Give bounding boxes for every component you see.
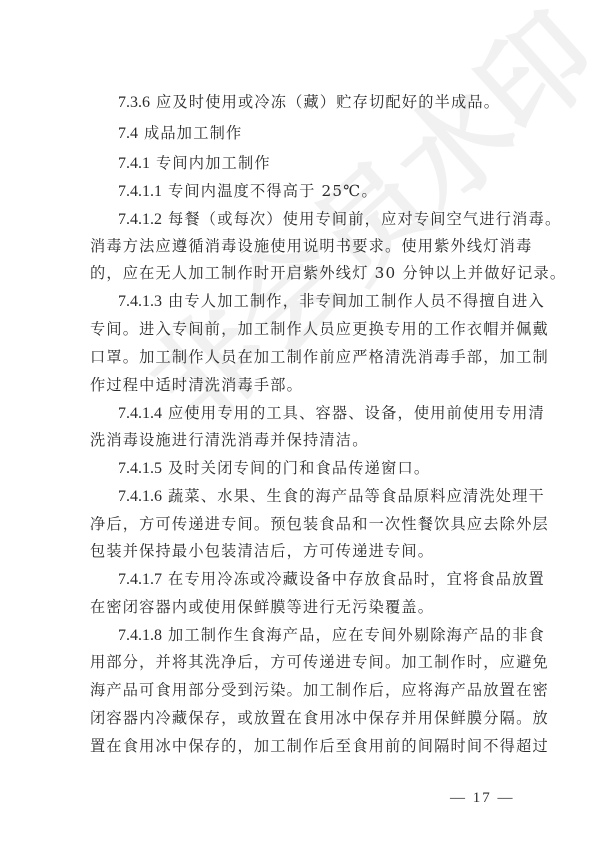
paragraph-line: 在密闭容器内或使用保鲜膜等进行无污染覆盖。 [90, 597, 520, 617]
line-text: 的，应在无人加工制作时开启紫外线灯 30 分钟以上并做好记录。 [90, 264, 566, 282]
line-text: 包装并保持最小包装清洁后，方可传递进专间。 [90, 542, 434, 560]
line-text: 消毒方法应遵循消毒设施使用说明书要求。使用紫外线灯消毒 [90, 237, 532, 255]
paragraph-line: 7.4.1.3 由专人加工制作，非专间加工制作人员不得擅自进入 [118, 291, 520, 312]
line-text: 由专人加工制作，非专间加工制作人员不得擅自进入 [168, 292, 545, 310]
clause-number: 7.4.1.3 [118, 293, 162, 310]
paragraph-line: 的，应在无人加工制作时开启紫外线灯 30 分钟以上并做好记录。 [90, 263, 520, 283]
line-text: 洗消毒设施进行清洗消毒并保持清洁。 [90, 431, 369, 449]
paragraph-line: 作过程中适时清洗消毒手部。 [90, 375, 520, 395]
line-text: 及时关闭专间的门和食品传递窗口。 [168, 459, 430, 477]
paragraph-line: 7.4.1.4 应使用专用的工具、容器、设备，使用前使用专用清 [118, 403, 520, 424]
paragraph-line: 7.4.1.7 在专用冷冻或冷藏设备中存放食品时，宜将食品放置 [118, 569, 520, 590]
paragraph-line: 口罩。加工制作人员在加工制作前应严格清洗消毒手部，加工制 [90, 347, 520, 367]
clause-number: 7.4.1.4 [118, 405, 162, 422]
line-text: 专间。进入专间前，加工制作人员应更换专用的工作衣帽并佩戴 [90, 320, 549, 338]
line-text: 蔬菜、水果、生食的海产品等食品原料应清洗处理干 [168, 487, 545, 505]
paragraph-line: 7.4.1.2 每餐（或每次）使用专间前，应对专间空气进行消毒。 [118, 209, 520, 230]
paragraph-line: 7.4.1.1 专间内温度不得高于 25℃。 [118, 181, 520, 202]
paragraph-line: 7.4.1.5 及时关闭专间的门和食品传递窗口。 [118, 458, 520, 479]
paragraph-line: 7.4.1.8 加工制作生食海产品，应在专间外剔除海产品的非食 [118, 625, 520, 646]
line-text: 闭容器内冷藏保存，或放置在食用冰中保存并用保鲜膜分隔。放 [90, 709, 549, 727]
line-text: 用部分，并将其洗净后，方可传递进专间。加工制作时，应避免 [90, 653, 549, 671]
line-text: 专间内温度不得高于 25℃。 [168, 182, 378, 200]
page-number: — 17 — [450, 790, 515, 807]
line-text: 口罩。加工制作人员在加工制作前应严格清洗消毒手部，加工制 [90, 348, 549, 366]
clause-number: 7.4 [118, 125, 138, 142]
paragraph-line: 7.4.1.6 蔬菜、水果、生食的海产品等食品原料应清洗处理干 [118, 486, 520, 507]
line-text: 专间内加工制作 [156, 154, 271, 172]
line-text: 在专用冷冻或冷藏设备中存放食品时，宜将食品放置 [168, 570, 545, 588]
line-text: 加工制作生食海产品，应在专间外剔除海产品的非食 [168, 626, 545, 644]
paragraph-line: 闭容器内冷藏保存，或放置在食用冰中保存并用保鲜膜分隔。放 [90, 708, 520, 728]
clause-number: 7.4.1.1 [118, 183, 162, 200]
clause-number: 7.4.1.6 [118, 488, 162, 505]
subsection-heading: 7.4.1 专间内加工制作 [118, 153, 520, 174]
paragraph-line: 用部分，并将其洗净后，方可传递进专间。加工制作时，应避免 [90, 652, 520, 672]
paragraph-line: 海产品可食用部分受到污染。加工制作后，应将海产品放置在密 [90, 680, 520, 700]
paragraph-line: 包装并保持最小包装清洁后，方可传递进专间。 [90, 541, 520, 561]
clause-number: 7.4.1.5 [118, 460, 162, 477]
line-text: 海产品可食用部分受到污染。加工制作后，应将海产品放置在密 [90, 681, 549, 699]
line-text: 作过程中适时清洗消毒手部。 [90, 376, 303, 394]
line-text: 置在食用冰中保存的，加工制作后至食用前的间隔时间不得超过 [90, 737, 549, 755]
paragraph-line: 净后，方可传递进专间。预包装食品和一次性餐饮具应去除外层 [90, 514, 520, 534]
section-heading: 7.4 成品加工制作 [118, 123, 520, 144]
line-text: 在密闭容器内或使用保鲜膜等进行无污染覆盖。 [90, 598, 434, 616]
paragraph-line: 置在食用冰中保存的，加工制作后至食用前的间隔时间不得超过 [90, 736, 520, 756]
line-text: 成品加工制作 [144, 124, 242, 142]
clause-number: 7.3.6 [118, 94, 150, 111]
clause-number: 7.4.1.2 [118, 211, 162, 228]
line-text: 应及时使用或冷冻（藏）贮存切配好的半成品。 [156, 93, 500, 111]
line-text: 应使用专用的工具、容器、设备，使用前使用专用清 [168, 404, 545, 422]
line-text: 每餐（或每次）使用专间前，应对专间空气进行消毒。 [168, 210, 561, 228]
line-text: 净后，方可传递进专间。预包装食品和一次性餐饮具应去除外层 [90, 515, 549, 533]
paragraph-line: 7.3.6 应及时使用或冷冻（藏）贮存切配好的半成品。 [118, 92, 520, 113]
paragraph-line: 专间。进入专间前，加工制作人员应更换专用的工作衣帽并佩戴 [90, 319, 520, 339]
clause-number: 7.4.1 [118, 155, 150, 172]
document-page: 非会员水印 7.3.6 应及时使用或冷冻（藏）贮存切配好的半成品。 7.4 成品… [0, 0, 600, 848]
clause-number: 7.4.1.7 [118, 571, 162, 588]
paragraph-line: 消毒方法应遵循消毒设施使用说明书要求。使用紫外线灯消毒 [90, 236, 520, 256]
clause-number: 7.4.1.8 [118, 627, 162, 644]
paragraph-line: 洗消毒设施进行清洗消毒并保持清洁。 [90, 430, 520, 450]
